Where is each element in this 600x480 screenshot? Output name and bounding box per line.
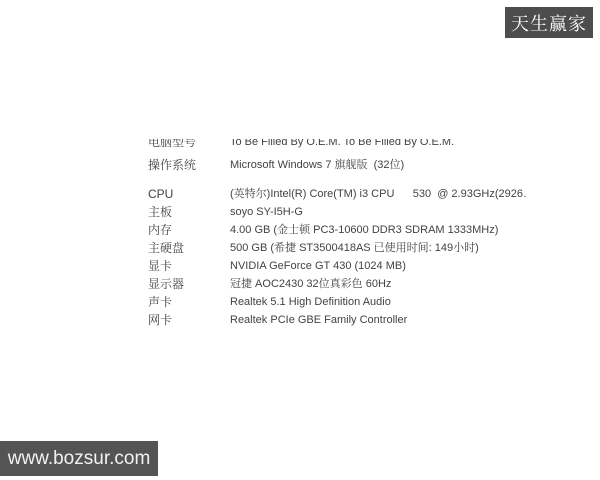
- spec-label: 内存: [148, 221, 230, 239]
- spec-label: 网卡: [148, 311, 230, 329]
- spec-value: Realtek 5.1 High Definition Audio: [230, 293, 528, 311]
- spec-row: 显示器冠捷 AOC2430 32位真彩色 60Hz: [148, 275, 528, 293]
- spec-label: 电脑型号: [148, 139, 230, 151]
- spec-value: soyo SY-I5H-G: [230, 203, 528, 221]
- spec-row: 声卡Realtek 5.1 High Definition Audio: [148, 293, 528, 311]
- spec-value: 冠捷 AOC2430 32位真彩色 60Hz: [230, 275, 528, 293]
- spec-row: 显卡NVIDIA GeForce GT 430 (1024 MB): [148, 257, 528, 275]
- spec-value: To Be Filled By O.E.M. To Be Filled By O…: [230, 139, 528, 151]
- spec-row: 主硬盘500 GB (希捷 ST3500418AS 已使用时间: 149小时): [148, 239, 528, 257]
- spec-value: Realtek PCIe GBE Family Controller: [230, 311, 528, 329]
- spec-row: 电脑型号To Be Filled By O.E.M. To Be Filled …: [148, 139, 528, 151]
- spec-row: 操作系统Microsoft Windows 7 旗舰版 (32位): [148, 156, 528, 174]
- spec-label: CPU: [148, 185, 230, 203]
- spec-label: 声卡: [148, 293, 230, 311]
- spec-label: 显示器: [148, 275, 230, 293]
- system-info-panel: 电脑型号To Be Filled By O.E.M. To Be Filled …: [148, 139, 528, 333]
- spec-row: CPU(英特尔)Intel(R) Core(TM) i3 CPU 530 @ 2…: [148, 185, 528, 203]
- spec-label: 显卡: [148, 257, 230, 275]
- spec-value: 500 GB (希捷 ST3500418AS 已使用时间: 149小时): [230, 239, 528, 257]
- spec-value: 4.00 GB (金士顿 PC3-10600 DDR3 SDRAM 1333MH…: [230, 221, 528, 239]
- spec-row: 网卡Realtek PCIe GBE Family Controller: [148, 311, 528, 329]
- spec-row: 内存4.00 GB (金士顿 PC3-10600 DDR3 SDRAM 1333…: [148, 221, 528, 239]
- spec-label: 操作系统: [148, 156, 230, 174]
- watermark: www.bozsur.com: [0, 441, 158, 476]
- spec-value: (英特尔)Intel(R) Core(TM) i3 CPU 530 @ 2.93…: [230, 185, 528, 203]
- spec-value: NVIDIA GeForce GT 430 (1024 MB): [230, 257, 528, 275]
- spec-value: Microsoft Windows 7 旗舰版 (32位): [230, 156, 528, 174]
- spec-label: 主硬盘: [148, 239, 230, 257]
- spec-row: 主板soyo SY-I5H-G: [148, 203, 528, 221]
- spec-label: 主板: [148, 203, 230, 221]
- spec-table: 电脑型号To Be Filled By O.E.M. To Be Filled …: [148, 139, 528, 329]
- corner-badge: 天生赢家: [505, 7, 593, 38]
